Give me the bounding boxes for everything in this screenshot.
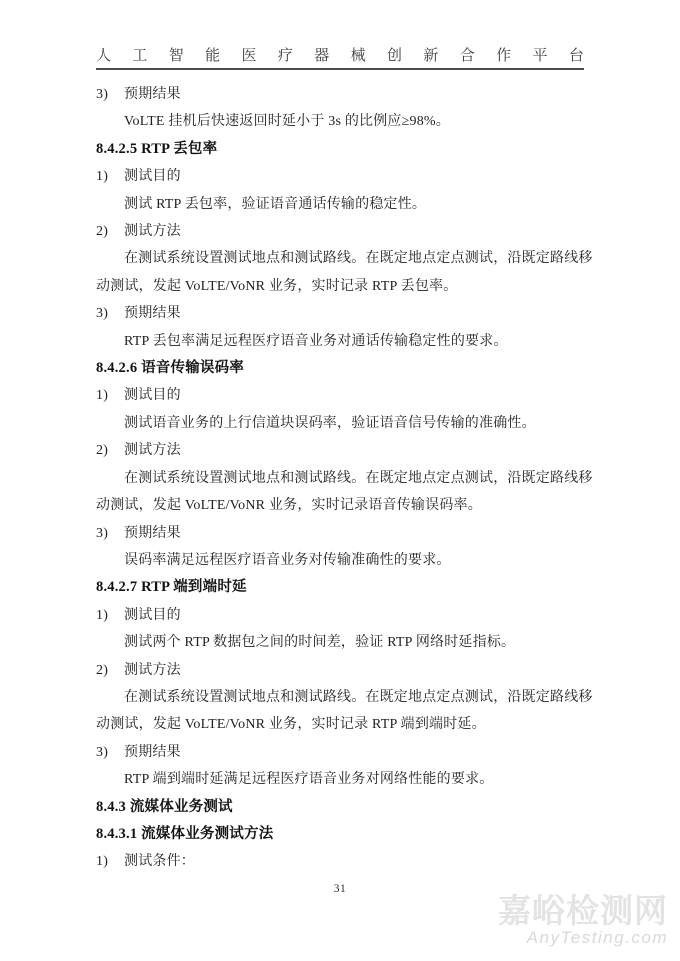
header-title-char: 器 — [314, 46, 329, 66]
section-heading: 8.4.2.6 语音传输误码率 — [96, 355, 585, 382]
list-item: 1)测试目的 — [96, 163, 585, 190]
paragraph-line: 误码率满足远程医疗语音业务对传输准确性的要求。 — [96, 547, 585, 574]
header-title-char: 创 — [387, 46, 402, 66]
paragraph-line: 测试两个 RTP 数据包之间的时间差，验证 RTP 网络时延指标。 — [96, 629, 585, 656]
list-label: 测试目的 — [124, 163, 181, 190]
paragraph-line: RTP 丢包率满足远程医疗语音业务对通话传输稳定性的要求。 — [96, 328, 585, 355]
watermark-brand-text: 嘉峪检测网 — [498, 894, 668, 928]
list-label: 测试方法 — [124, 218, 181, 245]
watermark-site-text: AnyTesting.com — [498, 928, 668, 947]
list-marker: 2) — [96, 437, 124, 464]
header-title-char: 平 — [533, 46, 548, 66]
section-heading: 8.4.3 流媒体业务测试 — [96, 794, 585, 821]
paragraph-line: 动测试，发起 VoLTE/VoNR 业务，实时记录 RTP 丢包率。 — [96, 273, 585, 300]
list-label: 测试条件： — [124, 848, 195, 875]
paragraph-line: 在测试系统设置测试地点和测试路线。在既定地点定点测试，沿既定路线移 — [96, 465, 585, 492]
header-title-char: 台 — [569, 46, 584, 66]
list-marker: 2) — [96, 218, 124, 245]
header-title-char: 医 — [242, 46, 257, 66]
header-title-char: 能 — [205, 46, 220, 66]
section-heading: 8.4.2.5 RTP 丢包率 — [96, 136, 585, 163]
header-rule-divider — [96, 68, 584, 70]
header-title-char: 作 — [496, 46, 511, 66]
list-label: 预期结果 — [124, 520, 181, 547]
list-item: 1)测试条件： — [96, 848, 585, 875]
list-marker: 1) — [96, 163, 124, 190]
paragraph-line: 动测试，发起 VoLTE/VoNR 业务，实时记录语音传输误码率。 — [96, 492, 585, 519]
paragraph-line: VoLTE 挂机后快速返回时延小于 3s 的比例应≥98%。 — [96, 108, 585, 135]
list-label: 测试方法 — [124, 657, 181, 684]
header-title-char: 人 — [96, 46, 111, 66]
section-heading: 8.4.2.7 RTP 端到端时延 — [96, 574, 585, 601]
list-marker: 3) — [96, 739, 124, 766]
header-title-char: 械 — [351, 46, 366, 66]
paragraph-line: 动测试，发起 VoLTE/VoNR 业务，实时记录 RTP 端到端时延。 — [96, 711, 585, 738]
list-marker: 1) — [96, 602, 124, 629]
paragraph-line: 在测试系统设置测试地点和测试路线。在既定地点定点测试，沿既定路线移 — [96, 245, 585, 272]
list-label: 测试目的 — [124, 602, 181, 629]
list-item: 1)测试目的 — [96, 602, 585, 629]
list-item: 1)测试目的 — [96, 382, 585, 409]
document-body: 3)预期结果VoLTE 挂机后快速返回时延小于 3s 的比例应≥98%。8.4.… — [96, 81, 585, 876]
page-header-title: 人工智能医疗器械创新合作平台 — [96, 46, 584, 66]
list-marker: 1) — [96, 382, 124, 409]
list-marker: 2) — [96, 657, 124, 684]
paragraph-line: 测试 RTP 丢包率，验证语音通话传输的稳定性。 — [96, 191, 585, 218]
header-title-char: 智 — [169, 46, 184, 66]
page-header: 人工智能医疗器械创新合作平台 — [96, 46, 584, 70]
list-item: 2)测试方法 — [96, 218, 585, 245]
list-label: 测试方法 — [124, 437, 181, 464]
list-label: 测试目的 — [124, 382, 181, 409]
list-item: 2)测试方法 — [96, 657, 585, 684]
section-heading: 8.4.3.1 流媒体业务测试方法 — [96, 821, 585, 848]
paragraph-line: 测试语音业务的上行信道块误码率，验证语音信号传输的准确性。 — [96, 410, 585, 437]
list-label: 预期结果 — [124, 739, 181, 766]
list-marker: 3) — [96, 520, 124, 547]
paragraph-line: RTP 端到端时延满足远程医疗语音业务对网络性能的要求。 — [96, 766, 585, 793]
list-label: 预期结果 — [124, 81, 181, 108]
header-title-char: 疗 — [278, 46, 293, 66]
watermark: 嘉峪检测网 AnyTesting.com — [498, 894, 668, 947]
list-item: 3)预期结果 — [96, 520, 585, 547]
document-page: 人工智能医疗器械创新合作平台 3)预期结果VoLTE 挂机后快速返回时延小于 3… — [0, 0, 680, 961]
paragraph-line: 在测试系统设置测试地点和测试路线。在既定地点定点测试，沿既定路线移 — [96, 684, 585, 711]
list-marker: 3) — [96, 81, 124, 108]
list-item: 3)预期结果 — [96, 81, 585, 108]
list-marker: 1) — [96, 848, 124, 875]
list-marker: 3) — [96, 300, 124, 327]
list-item: 3)预期结果 — [96, 739, 585, 766]
header-title-char: 新 — [423, 46, 438, 66]
list-label: 预期结果 — [124, 300, 181, 327]
list-item: 3)预期结果 — [96, 300, 585, 327]
list-item: 2)测试方法 — [96, 437, 585, 464]
header-title-char: 合 — [460, 46, 475, 66]
header-title-char: 工 — [132, 46, 147, 66]
